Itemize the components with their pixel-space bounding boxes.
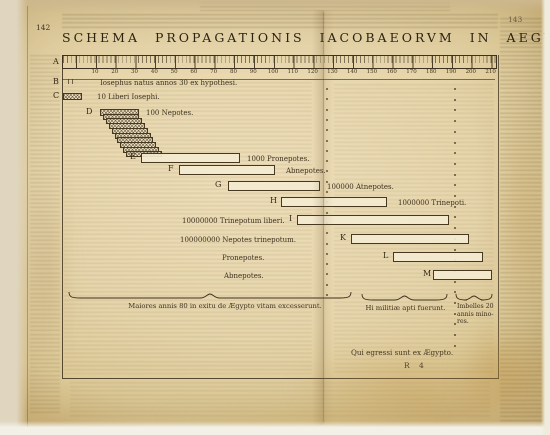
brace-label-imbelles-line1: Imbelles 20 <box>457 303 497 311</box>
brace-label-military: Hi militiæ apti fuerunt. <box>358 304 453 312</box>
brace-label-imbelles-line2: annis mino- <box>457 311 497 319</box>
brace-military <box>361 294 448 303</box>
signature-mark: R 4 <box>404 362 424 370</box>
book-page-spread: 142 143 SCHEMA PROPAGATIONIS IACOBAEORVM… <box>0 0 550 435</box>
brace-deceased <box>68 292 352 301</box>
exit-note: Qui egressi sunt ex Ægypto. <box>351 349 453 357</box>
brace-label-imbelles-line3: res. <box>457 318 497 326</box>
brace-imbelles <box>455 294 493 303</box>
brace-label-imbelles: Imbelles 20 annis mino- res. <box>457 303 497 326</box>
brace-label-deceased: Maiores annis 80 in exitu de Ægypto vita… <box>110 302 340 310</box>
brace-layer <box>0 0 550 435</box>
